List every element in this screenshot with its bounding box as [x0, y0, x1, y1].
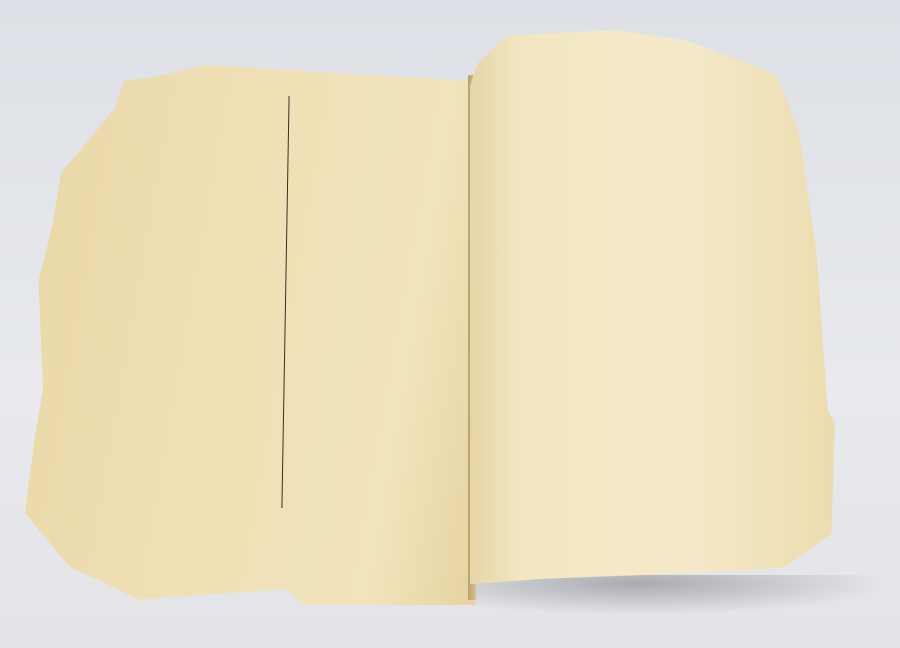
left-page	[25, 65, 475, 605]
right-page	[470, 30, 835, 590]
page-shadow	[470, 575, 890, 615]
